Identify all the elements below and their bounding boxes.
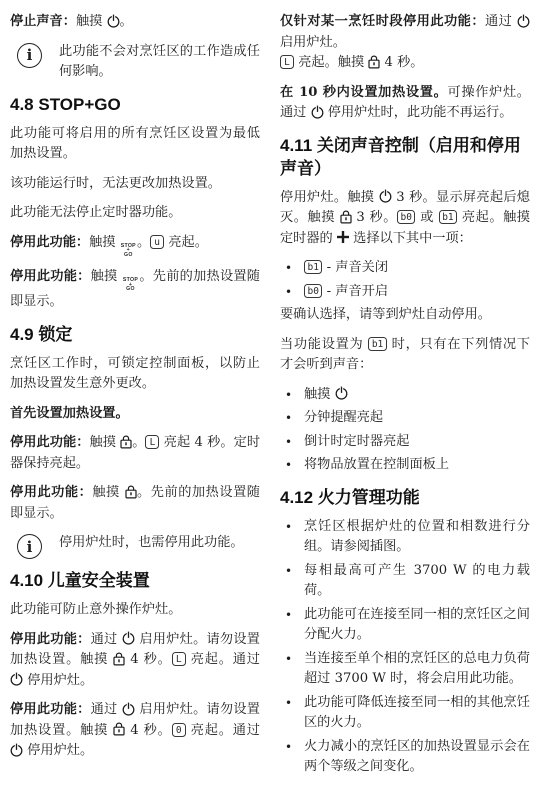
paragraph: 在 10 秒内设置加热设置。可操作炉灶。通过 停用炉灶时，此功能不再运行。 xyxy=(280,83,530,124)
paragraph: 烹饪区工作时，可锁定控制面板，以防止加热设置发生意外更改。 xyxy=(10,354,260,395)
text-run: 4.8 STOP+GO xyxy=(10,95,121,114)
power-icon xyxy=(122,630,135,651)
bullet-icon: • xyxy=(280,561,304,602)
text-run: 此功能不会对烹饪区的工作造成任何影响。 xyxy=(59,44,260,80)
segment-display: b1 xyxy=(304,260,322,274)
segment-display: 0 xyxy=(172,723,186,737)
text-run: 停用炉灶时，也需停用此功能。 xyxy=(59,535,244,550)
paragraph: 停用此功能：触摸 STOP+GO。u 亮起。 xyxy=(10,233,260,258)
text-run: 当功能设置为 xyxy=(280,337,368,352)
text-run: 4.9 锁定 xyxy=(10,325,72,344)
paragraph: 停用炉灶。触摸 3 秒。显示屏亮起后熄灭。触摸 3 秒。b0 或 b1 亮起。触… xyxy=(280,188,530,250)
text-run: 此功能可在连接至同一相的烹饪区之间分配火力。 xyxy=(304,607,530,643)
paragraph: 停止声音：触摸 。 xyxy=(10,12,260,33)
info-note: i停用炉灶时，也需停用此功能。 xyxy=(10,533,260,559)
text-run: 通过 xyxy=(485,14,517,29)
bullet-icon: • xyxy=(280,455,304,476)
power-icon xyxy=(379,188,392,209)
bullet-icon: • xyxy=(280,693,304,734)
paragraph: 当功能设置为 b1 时，只有在下列情况下才会听到声音： xyxy=(280,335,530,376)
section-heading: 4.10 儿童安全装置 xyxy=(10,569,260,592)
segment-display: L xyxy=(280,55,294,69)
paragraph: 停用此功能：触摸 。L 亮起 4 秒。定时器保持亮起。 xyxy=(10,433,260,474)
text-run: 触摸 xyxy=(89,435,120,450)
stopgo-icon: STOP+GO xyxy=(123,278,138,292)
text-run: 亮起。触摸 xyxy=(294,55,368,70)
bullet-icon: • xyxy=(280,517,304,558)
text-run: 4.12 火力管理功能 xyxy=(280,488,420,507)
list-item-text: 将物品放置在控制面板上 xyxy=(304,455,530,476)
text-run: 此功能无法停止定时器功能。 xyxy=(10,205,181,220)
manual-page: 停止声音：触摸 。i此功能不会对烹饪区的工作造成任何影响。4.8 STOP+GO… xyxy=(0,0,540,781)
text-run: 烹饪区工作时，可锁定控制面板，以防止加热设置发生意外更改。 xyxy=(10,356,260,392)
text-run: 火力减小的烹饪区的加热设置显示会在两个等级之间变化。 xyxy=(304,739,530,775)
paragraph: 该功能运行时，无法更改加热设置。 xyxy=(10,174,260,195)
text-run: - 声音开启 xyxy=(322,284,388,299)
power-icon xyxy=(107,12,120,33)
text-run: 。 xyxy=(137,235,150,250)
text-run: 亮起。通过 xyxy=(186,652,260,667)
text-run: 将物品放置在控制面板上 xyxy=(304,457,449,472)
list-item: •当连接至单个相的烹饪区的总电力负荷超过 3700 W 时，将会启用此功能。 xyxy=(280,649,530,690)
bullet-icon: • xyxy=(280,258,304,279)
info-icon: i xyxy=(17,43,42,68)
text-run: 。 xyxy=(120,14,133,29)
lock-icon xyxy=(340,208,352,229)
bold-label: 停用此功能： xyxy=(10,269,91,284)
text-run: 4 秒。 xyxy=(380,55,423,70)
paragraph: 首先设置加热设置。 xyxy=(10,404,260,425)
info-note-text: 此功能不会对烹饪区的工作造成任何影响。 xyxy=(59,42,260,83)
stopgo-icon-line: GO xyxy=(126,287,135,292)
text-run: 每相最高可产生 3700 W 的电力载荷。 xyxy=(304,563,530,599)
lock-icon xyxy=(113,650,125,671)
lock-icon xyxy=(120,433,132,454)
text-run: 停用炉灶。触摸 xyxy=(280,190,379,205)
lock-icon xyxy=(368,53,380,74)
text-run: 触摸 xyxy=(91,269,122,284)
text-run: 选择以下其中一项： xyxy=(349,231,472,246)
text-run: 4 秒。 xyxy=(125,652,172,667)
text-run: - 声音关闭 xyxy=(322,260,388,275)
paragraph: 停用此功能：触摸 STOP+GO。先前的加热设置随即显示。 xyxy=(10,267,260,313)
paragraph: 停用此功能：触摸 。先前的加热设置随即显示。 xyxy=(10,483,260,524)
text-run: 此功能可将启用的所有烹饪区设置为最低加热设置。 xyxy=(10,126,260,162)
text-run: 触摸 xyxy=(92,485,124,500)
bullet-icon: • xyxy=(280,649,304,690)
list-item-text: 分钟提醒亮起 xyxy=(304,408,530,429)
list-item-text: 火力减小的烹饪区的加热设置显示会在两个等级之间变化。 xyxy=(304,737,530,778)
section-heading: 4.9 锁定 xyxy=(10,323,260,346)
list-item-text: b1 - 声音关闭 xyxy=(304,258,530,279)
segment-display: L xyxy=(172,652,186,666)
list-item: •此功能可降低连接至同一相的其他烹饪区的火力。 xyxy=(280,693,530,734)
paragraph: 此功能可将启用的所有烹饪区设置为最低加热设置。 xyxy=(10,124,260,165)
text-run: 。 xyxy=(132,435,145,450)
text-run: 该功能运行时，无法更改加热设置。 xyxy=(10,176,221,191)
power-icon xyxy=(10,741,23,762)
list-item-text: 每相最高可产生 3700 W 的电力载荷。 xyxy=(304,561,530,602)
text-run: 3 秒。 xyxy=(352,210,397,225)
list-item-text: b0 - 声音开启 xyxy=(304,282,530,303)
paragraph: 停用此功能：通过 启用炉灶。请勿设置加热设置。触摸 4 秒。L 亮起。通过 停用… xyxy=(10,630,260,692)
bold-label: 首先设置加热设置。 xyxy=(10,406,129,421)
text-run: 触摸 xyxy=(76,14,107,29)
paragraph: 此功能可防止意外操作炉灶。 xyxy=(10,600,260,621)
text-run: 烹饪区根据炉灶的位置和相数进行分组。请参阅插图。 xyxy=(304,519,530,555)
list-item: •b1 - 声音关闭 xyxy=(280,258,530,279)
bold-label: 停用此功能： xyxy=(10,702,91,717)
bullet-icon: • xyxy=(280,282,304,303)
bold-label: 停用此功能： xyxy=(10,435,89,450)
bullet-icon: • xyxy=(280,408,304,429)
bold-label: 仅针对某一烹饪时段停用此功能： xyxy=(280,14,485,29)
text-run: 分钟提醒亮起 xyxy=(304,410,383,425)
text-run: 通过 xyxy=(91,702,122,717)
list-item: •每相最高可产生 3700 W 的电力载荷。 xyxy=(280,561,530,602)
text-run: 此功能可降低连接至同一相的其他烹饪区的火力。 xyxy=(304,695,530,731)
text-run: 触摸 xyxy=(89,235,120,250)
power-icon xyxy=(122,700,135,721)
bold-label: 停用此功能： xyxy=(10,632,91,647)
text-run: 4.10 儿童安全装置 xyxy=(10,571,150,590)
bullet-icon: • xyxy=(280,432,304,453)
list-item: •此功能可在连接至同一相的烹饪区之间分配火力。 xyxy=(280,605,530,646)
bold-label: 停用此功能： xyxy=(10,235,89,250)
text-run: 通过 xyxy=(91,632,122,647)
list-item: •分钟提醒亮起 xyxy=(280,408,530,429)
column-left: 停止声音：触摸 。i此功能不会对烹饪区的工作造成任何影响。4.8 STOP+GO… xyxy=(10,12,260,781)
text-run: 倒计时定时器亮起 xyxy=(304,434,410,449)
text-run: 亮起。通过 xyxy=(186,723,260,738)
info-note: i此功能不会对烹饪区的工作造成任何影响。 xyxy=(10,42,260,83)
lock-icon xyxy=(113,721,125,742)
power-icon xyxy=(335,385,348,406)
paragraph: 此功能无法停止定时器功能。 xyxy=(10,203,260,224)
text-run: 或 xyxy=(415,210,438,225)
plus-icon xyxy=(337,229,349,250)
stopgo-icon-line: GO xyxy=(124,253,133,258)
list-item: •倒计时定时器亮起 xyxy=(280,432,530,453)
power-icon xyxy=(10,671,23,692)
text-run: 触摸 xyxy=(304,387,335,402)
text-run: 停用炉灶。 xyxy=(23,743,93,758)
list-item-text: 烹饪区根据炉灶的位置和相数进行分组。请参阅插图。 xyxy=(304,517,530,558)
list-item: •烹饪区根据炉灶的位置和相数进行分组。请参阅插图。 xyxy=(280,517,530,558)
paragraph: 仅针对某一烹饪时段停用此功能：通过 启用炉灶。L 亮起。触摸 4 秒。 xyxy=(280,12,530,74)
list-item-text: 触摸 xyxy=(304,385,530,406)
segment-display: b1 xyxy=(368,337,386,351)
text-run: 此功能可防止意外操作炉灶。 xyxy=(10,602,181,617)
segment-display: u xyxy=(150,235,164,249)
list-item-text: 倒计时定时器亮起 xyxy=(304,432,530,453)
bullet-icon: • xyxy=(280,385,304,406)
stopgo-icon: STOP+GO xyxy=(121,244,136,258)
text-run: 当连接至单个相的烹饪区的总电力负荷超过 3700 W 时，将会启用此功能。 xyxy=(304,651,530,687)
bold-label: 在 10 秒内设置加热设置。 xyxy=(280,85,448,100)
text-run: 4.11 关闭声音控制（启用和停用声音） xyxy=(280,136,521,178)
list-item: •b0 - 声音开启 xyxy=(280,282,530,303)
bold-label: 停止声音： xyxy=(10,14,76,29)
list-item: •将物品放置在控制面板上 xyxy=(280,455,530,476)
segment-display: L xyxy=(145,435,159,449)
section-heading: 4.12 火力管理功能 xyxy=(280,486,530,509)
info-note-text: 停用炉灶时，也需停用此功能。 xyxy=(59,533,260,554)
text-run: 要确认选择，请等到炉灶自动停用。 xyxy=(280,307,491,322)
text-run: 启用炉灶。 xyxy=(280,35,346,50)
text-run: 停用炉灶。 xyxy=(23,673,93,688)
bold-label: 停用此功能： xyxy=(10,485,92,500)
column-right: 仅针对某一烹饪时段停用此功能：通过 启用炉灶。L 亮起。触摸 4 秒。在 10 … xyxy=(280,12,530,781)
list-item-text: 此功能可在连接至同一相的烹饪区之间分配火力。 xyxy=(304,605,530,646)
power-icon xyxy=(517,12,530,33)
power-icon xyxy=(311,103,324,124)
paragraph: 停用此功能：通过 启用炉灶。请勿设置加热设置。触摸 4 秒。0 亮起。通过 停用… xyxy=(10,700,260,762)
bullet-icon: • xyxy=(280,737,304,778)
segment-display: b0 xyxy=(397,210,415,224)
list-item: •触摸 xyxy=(280,385,530,406)
text-run: 停用炉灶时，此功能不再运行。 xyxy=(324,105,513,120)
list-item: •火力减小的烹饪区的加热设置显示会在两个等级之间变化。 xyxy=(280,737,530,778)
bullet-icon: • xyxy=(280,605,304,646)
segment-display: b1 xyxy=(439,210,457,224)
list-item-text: 当连接至单个相的烹饪区的总电力负荷超过 3700 W 时，将会启用此功能。 xyxy=(304,649,530,690)
lock-icon xyxy=(125,483,137,504)
text-run: 亮起。 xyxy=(164,235,208,250)
info-icon: i xyxy=(17,534,42,559)
text-run: 4 秒。 xyxy=(125,723,172,738)
segment-display: b0 xyxy=(304,284,322,298)
section-heading: 4.11 关闭声音控制（启用和停用声音） xyxy=(280,134,530,180)
section-heading: 4.8 STOP+GO xyxy=(10,93,260,116)
list-item-text: 此功能可降低连接至同一相的其他烹饪区的火力。 xyxy=(304,693,530,734)
paragraph: 要确认选择，请等到炉灶自动停用。 xyxy=(280,305,530,326)
